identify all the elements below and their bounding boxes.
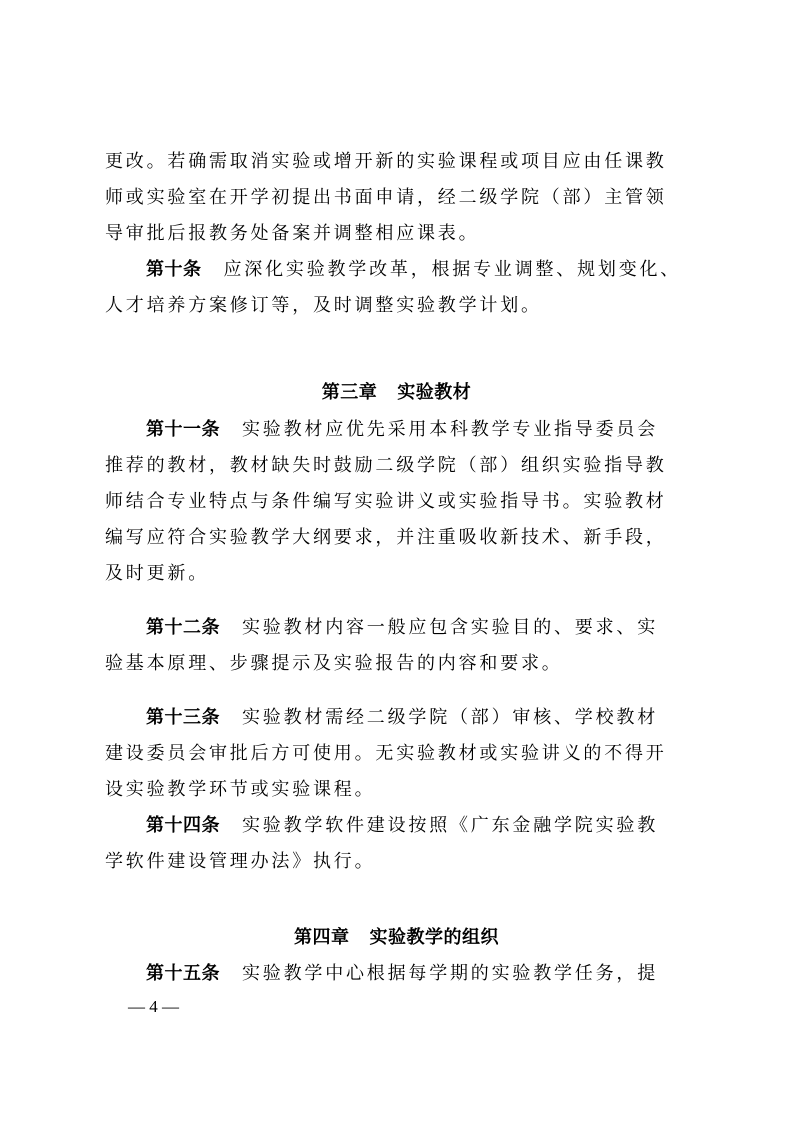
paragraph-line: 设实验教学环节或实验课程。 — [105, 772, 695, 808]
article-label: 第十一条 — [146, 419, 220, 440]
article-11-first-line: 第十一条实验教材应优先采用本科教学专业指导委员会 — [146, 412, 736, 448]
paragraph-line: 导审批后报教务处备案并调整相应课表。 — [105, 216, 695, 252]
chapter-number: 第四章 — [294, 927, 350, 948]
article-label: 第十五条 — [146, 963, 220, 984]
article-text: 实验教学中心根据每学期的实验教学任务，提 — [242, 963, 658, 984]
paragraph-line: 人才培养方案修订等，及时调整实验教学计划。 — [105, 288, 695, 324]
paragraph-line: 师或实验室在开学初提出书面申请，经二级学院（部）主管领 — [105, 180, 695, 216]
article-15-first-line: 第十五条实验教学中心根据每学期的实验教学任务，提 — [146, 956, 736, 992]
chapter-number: 第三章 — [322, 382, 378, 403]
page-number: — 4 — — [128, 993, 179, 1021]
paragraph-line: 推荐的教材，教材缺失时鼓励二级学院（部）组织实验指导教 — [105, 448, 695, 484]
paragraph-line: 师结合专业特点与条件编写实验讲义或实验指导书。实验教材 — [105, 484, 695, 520]
article-12-first-line: 第十二条实验教材内容一般应包含实验目的、要求、实 — [146, 610, 736, 646]
article-text: 实验教学软件建设按照《广东金融学院实验教 — [242, 815, 658, 836]
article-text: 实验教材内容一般应包含实验目的、要求、实 — [242, 617, 658, 638]
article-label: 第十四条 — [146, 815, 220, 836]
chapter-heading: 第三章实验教材 — [0, 375, 793, 411]
paragraph-line: 编写应符合实验教学大纲要求，并注重吸收新技术、新手段， — [105, 520, 695, 556]
article-label: 第十条 — [146, 259, 202, 280]
paragraph-line: 验基本原理、步骤提示及实验报告的内容和要求。 — [105, 646, 695, 682]
article-label: 第十二条 — [146, 617, 220, 638]
document-page: 更改。若确需取消实验或增开新的实验课程或项目应由任课教 师或实验室在开学初提出书… — [0, 0, 793, 1122]
paragraph-line: 学软件建设管理办法》执行。 — [105, 844, 695, 880]
paragraph-line: 更改。若确需取消实验或增开新的实验课程或项目应由任课教 — [105, 144, 695, 180]
chapter-title: 实验教材 — [397, 382, 471, 403]
article-13-first-line: 第十三条实验教材需经二级学院（部）审核、学校教材 — [146, 700, 736, 736]
article-14-first-line: 第十四条实验教学软件建设按照《广东金融学院实验教 — [146, 808, 736, 844]
paragraph-line: 建设委员会审批后方可使用。无实验教材或实验讲义的不得开 — [105, 736, 695, 772]
article-text: 实验教材需经二级学院（部）审核、学校教材 — [242, 707, 658, 728]
article-text: 应深化实验教学改革，根据专业调整、规划变化、 — [224, 259, 682, 280]
chapter-title: 实验教学的组织 — [370, 927, 500, 948]
article-10-first-line: 第十条应深化实验教学改革，根据专业调整、规划变化、 — [146, 252, 736, 288]
chapter-heading: 第四章实验教学的组织 — [0, 920, 793, 956]
article-label: 第十三条 — [146, 707, 220, 728]
article-text: 实验教材应优先采用本科教学专业指导委员会 — [242, 419, 658, 440]
paragraph-line: 及时更新。 — [105, 556, 695, 592]
